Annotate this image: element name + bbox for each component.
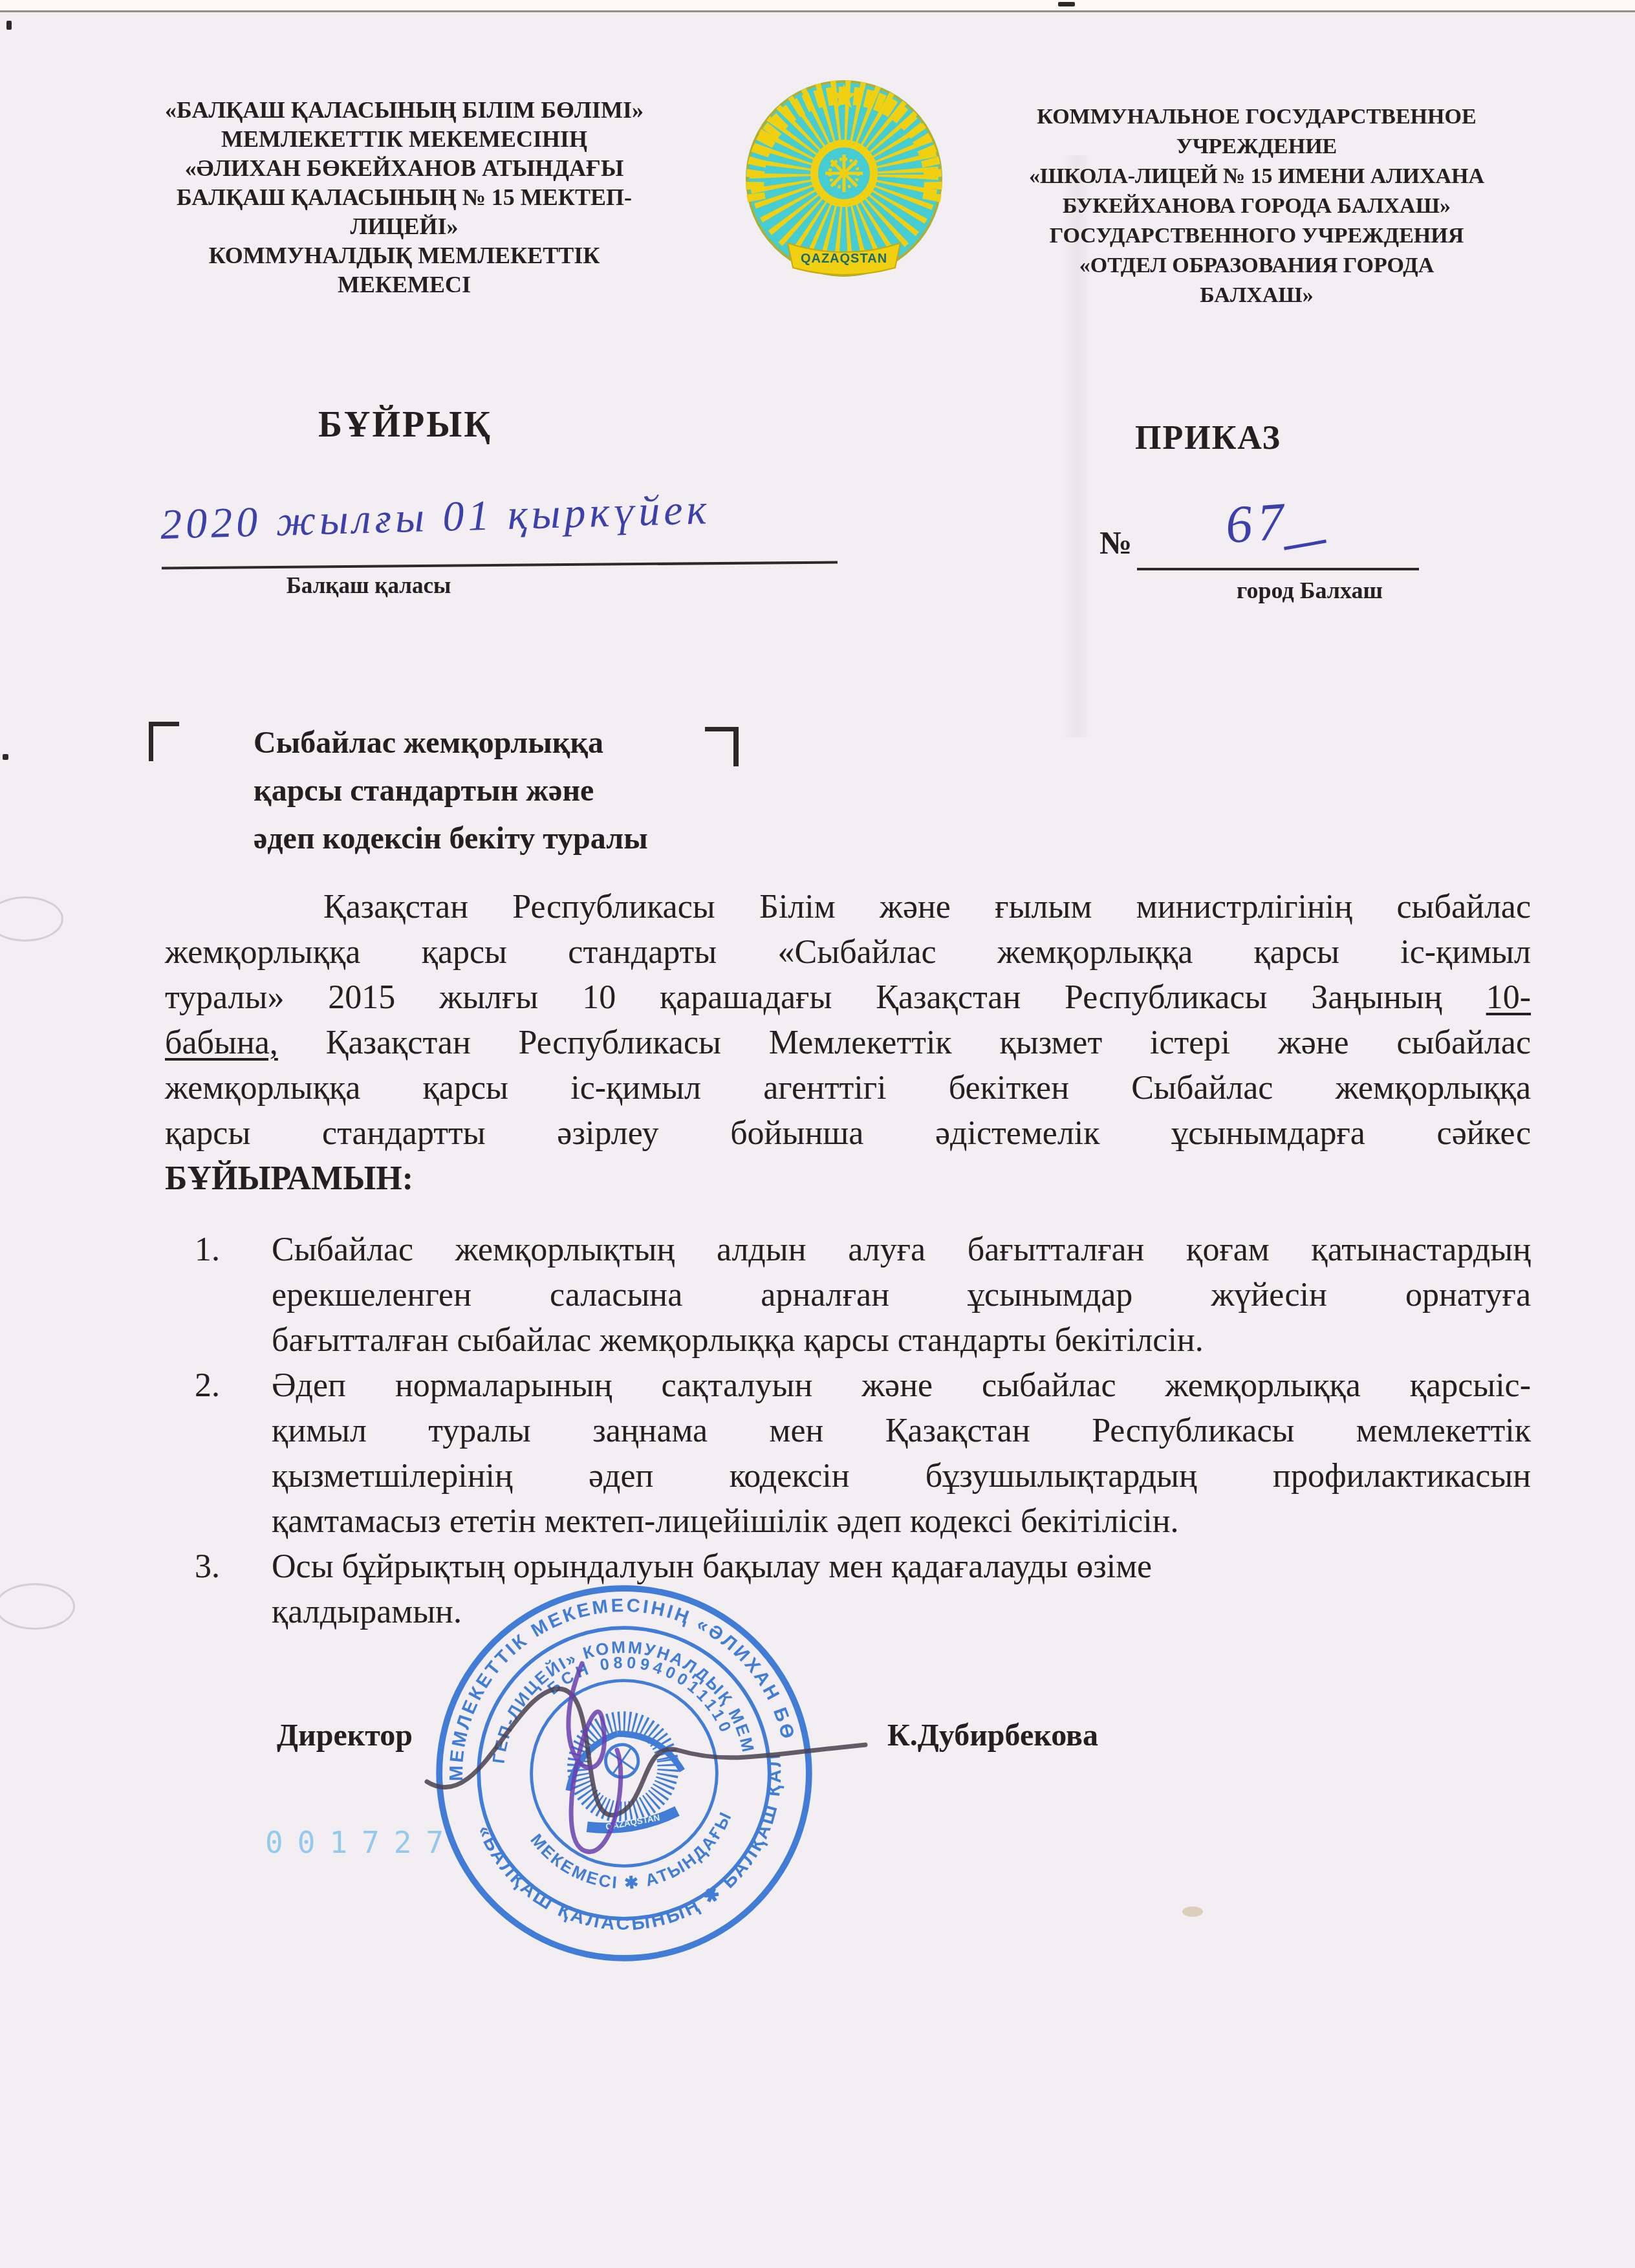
list-item-text: Сыбайлас жемқорлықтың алдын алуға бағытт… — [272, 1227, 1531, 1363]
corner-bracket-left — [149, 722, 179, 761]
place-label-kazakh: Балқаш қаласы — [213, 573, 524, 599]
text-line: «ОТДЕЛ ОБРАЗОВАНИЯ ГОРОДА — [988, 251, 1525, 281]
punch-hole — [0, 896, 63, 942]
number-underline — [1137, 568, 1419, 570]
list-item-number: 2. — [165, 1363, 272, 1544]
order-subject: Сыбайлас жемқорлыққақарсы стандартын жән… — [254, 719, 758, 863]
text-line: «БАЛҚАШ ҚАЛАСЫНЫҢ БІЛІМ БӨЛІМІ» — [146, 96, 663, 125]
director-name: К.Дубирбекова — [887, 1718, 1098, 1753]
text-line: жемқорлыққа қарсы іс-қимыл агенттігі бек… — [165, 1066, 1531, 1111]
list-item-number: 3. — [165, 1544, 272, 1635]
text-line: жемқорлыққа қарсы стандарты «Сыбайлас же… — [165, 930, 1531, 975]
scanned-order-document: «БАЛҚАШ ҚАЛАСЫНЫҢ БІЛІМ БӨЛІМІ»МЕМЛЕКЕТТ… — [0, 0, 1635, 2268]
blank-form-number: 001727 — [265, 1825, 458, 1860]
text-line: туралы» 2015 жылғы 10 қарашадағы Қазақст… — [165, 975, 1531, 1021]
order-preamble: Қазақстан Республикасы Білім және ғылым … — [165, 885, 1531, 1202]
issuer-name-kazakh: «БАЛҚАШ ҚАЛАСЫНЫҢ БІЛІМ БӨЛІМІ»МЕМЛЕКЕТТ… — [146, 96, 663, 299]
handwritten-date: 2020 жылғы 01 қыркүйек — [160, 482, 808, 550]
list-item: 1.Сыбайлас жемқорлықтың алдын алуға бағы… — [165, 1227, 1531, 1363]
text-line: бабына, Қазақстан Республикасы Мемлекетт… — [165, 1021, 1531, 1066]
date-underline — [162, 561, 838, 569]
text-line: БҰЙЫРАМЫН: — [165, 1156, 1531, 1202]
signature-stroke-dark — [427, 1689, 865, 1815]
text-line: Қазақстан Республикасы Білім және ғылым … — [165, 885, 1531, 930]
place-label-russian: город Балхаш — [1158, 577, 1462, 604]
text-line: МЕКЕМЕСІ — [146, 270, 663, 299]
text-line: ерекшеленген саласына арналған ұсынымдар… — [272, 1273, 1531, 1318]
text-line: БАЛХАШ» — [988, 281, 1525, 310]
kazakhstan-emblem-icon: QAZAQSTAN — [737, 76, 951, 290]
order-items-list: 1.Сыбайлас жемқорлықтың алдын алуға бағы… — [165, 1227, 1531, 1635]
scanner-edge — [0, 0, 1635, 12]
list-item: 2.Әдеп нормаларының сақталуын және сыбай… — [165, 1363, 1531, 1544]
text-line: КОММУНАЛДЫҚ МЕМЛЕКЕТТІК — [146, 241, 663, 270]
text-line: қимыл туралы заңнама мен Қазақстан Респу… — [272, 1409, 1531, 1454]
text-line: ГОСУДАРСТВЕННОГО УЧРЕЖДЕНИЯ — [988, 221, 1525, 251]
text-line: БАЛҚАШ ҚАЛАСЫНЫҢ № 15 МЕКТЕП- — [146, 183, 663, 212]
signature-stroke-purple — [568, 1663, 621, 1852]
order-title-russian: ПРИКАЗ — [1135, 419, 1281, 457]
text-line: қарсы стандартын және — [254, 767, 758, 815]
text-line: әдеп кодексін бекіту туралы — [254, 815, 758, 863]
list-item-number: 1. — [165, 1227, 272, 1363]
text-line: УЧРЕЖДЕНИЕ — [988, 132, 1525, 162]
scan-speck — [6, 21, 12, 30]
text-line: Сыбайлас жемқорлықтың алдын алуға бағытт… — [272, 1227, 1531, 1273]
handwritten-order-number: 67 — [1224, 491, 1291, 556]
text-line: ЛИЦЕЙІ» — [146, 212, 663, 241]
text-line: «ӘЛИХАН БӨКЕЙХАНОВ АТЫНДАҒЫ — [146, 154, 663, 183]
text-line: Әдеп нормаларының сақталуын және сыбайла… — [272, 1363, 1531, 1409]
text-line: қызметшілерінің әдеп кодексін бұзушылықт… — [272, 1454, 1531, 1499]
text-line: Сыбайлас жемқорлыққа — [254, 719, 758, 767]
ink-smudge — [1182, 1906, 1203, 1917]
director-signature — [388, 1617, 893, 1875]
text-line: «ШКОЛА-ЛИЦЕЙ № 15 ИМЕНИ АЛИХАНА — [988, 162, 1525, 191]
text-line: бағытталған сыбайлас жемқорлыққа қарсы с… — [272, 1318, 1531, 1363]
text-line: МЕМЛЕКЕТТІК МЕКЕМЕСІНІҢ — [146, 125, 663, 154]
text-line: БУКЕЙХАНОВА ГОРОДА БАЛХАШ» — [988, 191, 1525, 221]
order-title-kazakh: БҰЙРЫҚ — [318, 404, 492, 446]
emblem-banner-text: QAZAQSTAN — [801, 252, 887, 266]
punch-hole — [0, 1583, 75, 1630]
scan-speck — [3, 754, 8, 760]
scan-speck — [1058, 2, 1075, 6]
text-line: КОММУНАЛЬНОЕ ГОСУДАРСТВЕННОЕ — [988, 102, 1525, 132]
text-line: қарсы стандартты әзірлеу бойынша әдістем… — [165, 1111, 1531, 1156]
list-item-text: Әдеп нормаларының сақталуын және сыбайла… — [272, 1363, 1531, 1544]
number-sign: № — [1099, 524, 1132, 561]
issuer-name-russian: КОММУНАЛЬНОЕ ГОСУДАРСТВЕННОЕУЧРЕЖДЕНИЕ«Ш… — [988, 102, 1525, 310]
text-line: қамтамасыз ететін мектеп-лицейішілік әде… — [272, 1499, 1531, 1544]
